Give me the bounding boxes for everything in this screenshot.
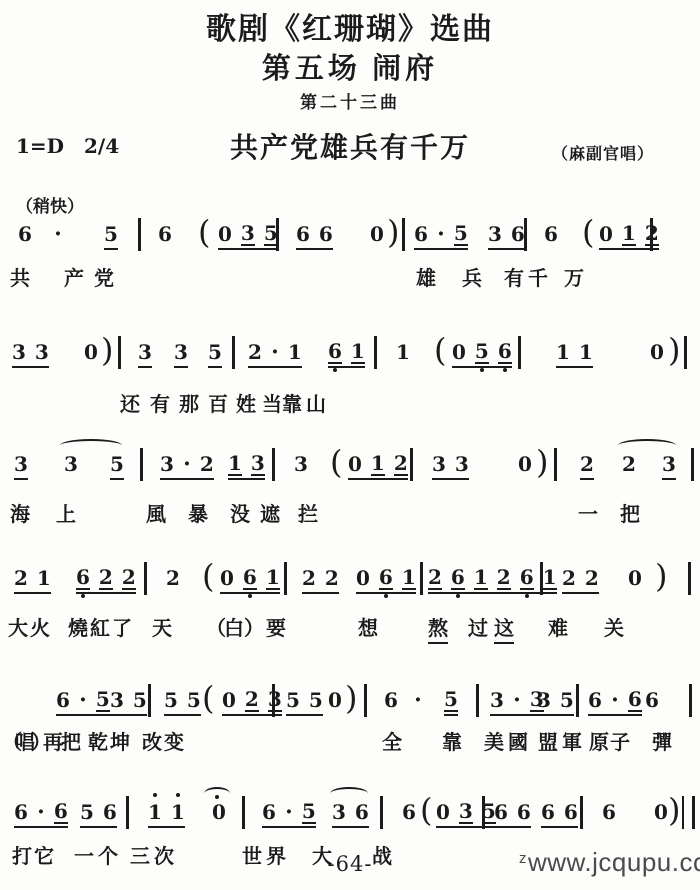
- note-digit: 6: [564, 800, 578, 824]
- note-digit: 5: [475, 340, 489, 364]
- note-digit: 5: [208, 340, 222, 364]
- note-digit: 5: [164, 688, 178, 712]
- note-digit: 6: [103, 800, 117, 824]
- barline: [374, 336, 377, 369]
- notation-cell: 5: [208, 340, 222, 368]
- lyric-char: 山: [306, 388, 326, 417]
- note-digit: 1: [396, 340, 410, 364]
- lyric-char: 原: [589, 726, 609, 755]
- notation-cell: 33: [12, 340, 49, 368]
- notation-cell: 6: [645, 688, 659, 714]
- notation-cell: 1: [396, 340, 410, 366]
- note-digit: 3: [14, 452, 28, 476]
- note-digit: 3: [64, 452, 78, 476]
- note-digit: 0: [599, 222, 613, 246]
- notation-cell: 0: [518, 452, 532, 478]
- dot-note: ·: [79, 688, 87, 712]
- notation-cell: 6: [544, 222, 558, 248]
- lyric-char: 美: [484, 726, 504, 755]
- lyric-char: 國: [508, 726, 528, 755]
- notation-cell: 22: [562, 566, 599, 594]
- lyric-char: 当: [262, 388, 282, 417]
- notation-cell: 55: [286, 688, 323, 716]
- note-digit: 6: [498, 340, 512, 364]
- notation-cell: 22: [302, 566, 339, 594]
- note-digit: 1: [579, 340, 593, 364]
- notation-cell: 33: [432, 452, 469, 480]
- lyric-char: 产: [64, 262, 84, 291]
- notation-cell: 6·6: [14, 800, 68, 828]
- notation-cell: 6·5: [56, 688, 110, 716]
- notation-cell: 5: [444, 688, 458, 716]
- slur-arc: [330, 787, 368, 800]
- notation-cell: 35: [110, 688, 147, 716]
- note-digit: 6: [402, 800, 416, 824]
- note-digit: 5: [454, 222, 468, 246]
- note-digit: 6: [414, 222, 428, 246]
- notation-cell: 66: [541, 800, 578, 828]
- notation-cell: 056: [452, 340, 512, 368]
- note-digit: 1: [402, 566, 416, 590]
- lyric-char: 風: [146, 498, 166, 527]
- note-digit: 5: [309, 688, 323, 712]
- note-digit: 5: [286, 688, 300, 712]
- barline: [402, 218, 405, 251]
- lyric-char: 改: [142, 726, 162, 755]
- lyric-char: 变: [164, 726, 184, 755]
- lyric-char: 紅: [90, 612, 110, 641]
- note-digit: 0: [328, 688, 342, 712]
- lyric-char: 燒: [68, 612, 88, 641]
- fermata-dot: [215, 795, 219, 799]
- barline: [126, 796, 129, 829]
- note-digit: 0: [348, 452, 362, 476]
- lyric-char: 上: [56, 498, 76, 527]
- note-digit: 1: [37, 566, 51, 590]
- lyric-char: 百: [208, 388, 228, 417]
- lyric-char: 盟: [538, 726, 558, 755]
- note-digit: 3: [455, 452, 469, 476]
- note-digit: 1: [371, 452, 385, 476]
- note-digit: 2: [585, 566, 599, 590]
- note-digit: 2: [622, 452, 636, 476]
- note-digit: 0: [84, 340, 98, 364]
- lyric-char: 有: [504, 262, 524, 291]
- note-digit: 3: [294, 452, 308, 476]
- note-digit: 3: [12, 340, 26, 364]
- barline: [276, 218, 279, 251]
- lyric-char: 靠: [442, 726, 462, 755]
- note-digit: 0: [220, 566, 234, 590]
- notation-cell: 3: [14, 452, 28, 480]
- note-digit: 2: [166, 566, 180, 590]
- parenthesis: (: [202, 558, 214, 594]
- note-digit: 0: [654, 800, 668, 824]
- note-digit: 3: [251, 452, 265, 476]
- barline: [420, 562, 423, 595]
- notation-cell: 2·1: [248, 340, 302, 368]
- barline: [580, 796, 583, 829]
- barline: [688, 562, 691, 595]
- notation-cell: 061: [356, 566, 416, 594]
- lyric-char: 那: [179, 388, 199, 417]
- parenthesis: ): [668, 332, 680, 368]
- lyric-char: 共: [10, 262, 30, 291]
- note-digit: 6: [517, 800, 531, 824]
- lyric-char: 白: [224, 612, 244, 641]
- barline: [364, 684, 367, 717]
- notation-cell: 0: [654, 800, 668, 826]
- notation-cell: 3·3: [490, 688, 544, 716]
- barline: [380, 796, 383, 829]
- note-digit: 6: [511, 222, 525, 246]
- note-digit: 6: [158, 222, 172, 246]
- note-digit: 6: [588, 688, 602, 712]
- note-digit: 2: [122, 566, 136, 590]
- notation-cell: 6: [402, 800, 416, 826]
- note-digit: 0: [436, 800, 450, 824]
- lyric-char: 想: [358, 612, 378, 641]
- lyric-char: 子: [610, 726, 630, 755]
- note-digit: 1: [171, 800, 185, 824]
- lyric-char: 火: [30, 612, 50, 641]
- lyric-char: 党: [94, 262, 114, 291]
- barline: [576, 684, 579, 717]
- note-digit: 2: [394, 452, 408, 476]
- note-digit: 2: [200, 452, 214, 476]
- lyric-char: 要: [266, 612, 286, 641]
- lyric-char: 没: [230, 498, 250, 527]
- note-digit: 3: [174, 340, 188, 364]
- lyric-char: 乾: [88, 726, 108, 755]
- note-digit: 3: [138, 340, 152, 364]
- note-digit: 6: [76, 566, 90, 590]
- note-digit: 0: [222, 688, 236, 712]
- lyric-char: 熬: [428, 612, 448, 644]
- barline: [410, 448, 413, 481]
- lyric-char: 难: [548, 612, 568, 641]
- barline: [689, 684, 692, 717]
- barline: [684, 336, 687, 369]
- note-digit: 2: [580, 452, 594, 476]
- note-digit: 6: [520, 566, 534, 590]
- note-digit: 3: [490, 688, 504, 712]
- note-digit: 5: [302, 800, 316, 824]
- notation-cell: 3: [174, 340, 188, 368]
- notation-cell: 0: [328, 688, 342, 714]
- note-digit: 3: [432, 452, 446, 476]
- barline: [148, 684, 151, 717]
- notation-cell: 35: [537, 688, 574, 716]
- lyric-char: 暴: [188, 498, 208, 527]
- note-digit: 1: [474, 566, 488, 590]
- notation-cell: 36: [332, 800, 369, 828]
- dot-note: ·: [271, 340, 279, 364]
- lyric-char: 还: [120, 388, 140, 417]
- barline: [144, 562, 147, 595]
- parenthesis: (: [198, 214, 210, 250]
- notation-cell: 6: [158, 222, 172, 248]
- note-digit: 5: [444, 688, 458, 712]
- notation-cell: 0: [650, 340, 664, 366]
- note-digit: 2: [562, 566, 576, 590]
- note-digit: 6: [56, 688, 70, 712]
- note-digit: 6: [54, 800, 68, 824]
- barline: [524, 218, 527, 251]
- lyric-char: 遮: [260, 498, 280, 527]
- barline: [272, 684, 275, 717]
- note-digit: 6: [18, 222, 32, 246]
- note-digit: 1: [148, 800, 162, 824]
- dot-note: ·: [37, 800, 45, 824]
- parenthesis: ): [668, 792, 680, 828]
- parenthesis: ): [387, 214, 399, 250]
- lyric-char: 兵: [462, 262, 482, 291]
- note-digit: 5: [187, 688, 201, 712]
- notation-cell: 261261: [428, 566, 557, 594]
- note-digit: 2: [302, 566, 316, 590]
- note-digit: 2: [428, 566, 442, 590]
- notation-cell: 2: [580, 452, 594, 480]
- barline: [140, 448, 143, 481]
- lyric-char: 姓: [236, 388, 256, 417]
- note-digit: 3: [488, 222, 502, 246]
- note-digit: 5: [104, 222, 118, 246]
- note-digit: 6: [541, 800, 555, 824]
- note-digit: 1: [622, 222, 636, 246]
- note-digit: 6: [328, 340, 342, 364]
- dot-note: ·: [285, 800, 293, 824]
- note-digit: 3: [110, 688, 124, 712]
- lyric-char: 拦: [298, 498, 318, 527]
- note-digit: 0: [218, 222, 232, 246]
- lyric-char: 有: [150, 388, 170, 417]
- notation-cell: 21: [14, 566, 51, 594]
- parenthesis: ): [536, 444, 548, 480]
- note-digit: 2: [248, 340, 262, 364]
- lyric-char: 这: [494, 612, 514, 644]
- final-barline: [682, 796, 695, 829]
- note-digit: 6: [243, 566, 257, 590]
- note-digit: 2: [497, 566, 511, 590]
- note-digit: 3: [35, 340, 49, 364]
- notation-cell: 36: [488, 222, 525, 250]
- parenthesis: (: [420, 792, 432, 828]
- notation-cell: 061: [220, 566, 280, 594]
- note-digit: 5: [80, 800, 94, 824]
- notation-cell: ·: [414, 688, 422, 714]
- tempo-marking: （稍快）: [16, 192, 84, 217]
- piece-number: 第二十三曲: [0, 88, 700, 113]
- parenthesis: (: [434, 332, 446, 368]
- notation-cell: 13: [228, 452, 265, 480]
- note-digit: 3: [332, 800, 346, 824]
- note-digit: 6: [645, 688, 659, 712]
- barline: [272, 448, 275, 481]
- note-digit: 0: [212, 800, 226, 824]
- note-digit: 3: [459, 800, 473, 824]
- lyric-char: 海: [10, 498, 30, 527]
- note-digit: 6: [544, 222, 558, 246]
- note-digit: 1: [351, 340, 365, 364]
- note-digit: 1: [288, 340, 302, 364]
- note-digit: 0: [356, 566, 370, 590]
- parenthesis: ): [345, 680, 357, 716]
- scene-title: 第五场 闹府: [0, 46, 700, 87]
- barline: [540, 562, 543, 595]
- lyric-char: ）: [244, 612, 264, 641]
- notation-cell: 3: [64, 452, 78, 478]
- notation-cell: 11: [556, 340, 593, 368]
- lyric-char: 軍: [562, 726, 582, 755]
- barline: [476, 684, 479, 717]
- notation-cell: 6: [18, 222, 32, 248]
- note-digit: 6: [602, 800, 616, 824]
- lyric-char: 一: [578, 498, 598, 527]
- notation-cell: 0: [212, 800, 226, 826]
- notation-cell: 3: [138, 340, 152, 368]
- note-digit: 1: [266, 566, 280, 590]
- barline: [482, 796, 485, 829]
- note-digit: 6: [379, 566, 393, 590]
- lyric-char: 坤: [110, 726, 130, 755]
- watermark-mark: z: [519, 850, 527, 867]
- notation-cell: 0: [370, 222, 384, 248]
- note-digit: 6: [384, 688, 398, 712]
- watermark: zwww.jcqupu.com: [519, 847, 700, 878]
- lyric-char: 了: [112, 612, 132, 641]
- notation-cell: 5: [110, 452, 124, 480]
- note-digit: 0: [370, 222, 384, 246]
- note-digit: 3: [241, 222, 255, 246]
- note-digit: 3: [537, 688, 551, 712]
- singer-credit: （麻副官唱）: [552, 141, 654, 164]
- note-digit: 2: [245, 688, 259, 712]
- parenthesis: (: [202, 680, 214, 716]
- notation-cell: 0: [628, 566, 642, 592]
- notation-cell: 5: [104, 222, 118, 250]
- note-digit: 6: [262, 800, 276, 824]
- note-digit: 0: [452, 340, 466, 364]
- dot-note: ·: [414, 688, 422, 712]
- lyric-char: 关: [604, 612, 624, 641]
- barline: [554, 448, 557, 481]
- notation-cell: 55: [164, 688, 201, 716]
- notation-cell: 6·5: [262, 800, 316, 828]
- dot-note: ·: [437, 222, 445, 246]
- dot-note: ·: [54, 222, 62, 246]
- note-digit: 6: [319, 222, 333, 246]
- parenthesis: ): [655, 558, 667, 594]
- lyric-char: 千: [528, 262, 548, 291]
- notation-cell: 3·2: [160, 452, 214, 480]
- barline: [518, 336, 521, 369]
- lyric-char: 彈: [652, 726, 672, 755]
- lyric-char: 天: [152, 612, 172, 641]
- barline: [232, 336, 235, 369]
- lyric-char: 再: [43, 726, 63, 755]
- notation-cell: 61: [328, 340, 365, 368]
- lyric-char: 过: [468, 612, 488, 641]
- note-digit: 5: [560, 688, 574, 712]
- notation-cell: 6: [384, 688, 398, 714]
- lyric-char: （: [206, 612, 226, 641]
- barline: [284, 562, 287, 595]
- notation-cell: ·: [54, 222, 62, 248]
- notation-cell: 2: [622, 452, 636, 478]
- note-digit: 6: [14, 800, 28, 824]
- dot-note: ·: [611, 688, 619, 712]
- note-digit: 6: [494, 800, 508, 824]
- note-digit: 2: [14, 566, 28, 590]
- note-digit: 3: [268, 688, 282, 712]
- slur-arc: [618, 439, 676, 452]
- dot-note: ·: [513, 688, 521, 712]
- notation-cell: 035: [436, 800, 496, 828]
- note-digit: 5: [110, 452, 124, 476]
- watermark-text: www.jcqupu.com: [528, 847, 700, 877]
- note-digit: 5: [133, 688, 147, 712]
- note-digit: 6: [296, 222, 310, 246]
- notation-cell: 66: [494, 800, 531, 828]
- lyric-char: 大: [8, 612, 28, 641]
- barline: [242, 796, 245, 829]
- note-digit: 6: [451, 566, 465, 590]
- notation-cell: 11: [148, 800, 185, 828]
- note-digit: 2: [325, 566, 339, 590]
- lyric-char: 雄: [416, 262, 436, 291]
- lyric-char: 把: [620, 498, 640, 527]
- notation-cell: 035: [218, 222, 278, 250]
- barline: [138, 218, 141, 251]
- note-digit: 1: [543, 566, 557, 590]
- notation-cell: 0: [84, 340, 98, 366]
- notation-cell: 6·5: [414, 222, 468, 250]
- notation-cell: 3: [662, 452, 676, 480]
- dot-note: ·: [183, 452, 191, 476]
- notation-cell: 3: [294, 452, 308, 478]
- parenthesis: ): [101, 332, 113, 368]
- notation-cell: 56: [80, 800, 117, 828]
- collection-title: 歌剧《红珊瑚》选曲: [0, 4, 700, 48]
- barline: [118, 336, 121, 369]
- note-digit: 1: [556, 340, 570, 364]
- lyric-char: 把: [61, 726, 81, 755]
- lyric-char: 靠: [282, 388, 302, 417]
- lyric-char: 全: [382, 726, 402, 755]
- note-digit: 0: [628, 566, 642, 590]
- note-digit: 3: [160, 452, 174, 476]
- note-digit: 2: [99, 566, 113, 590]
- note-digit: 3: [662, 452, 676, 476]
- notation-cell: 6·6: [588, 688, 642, 716]
- note-digit: 0: [650, 340, 664, 364]
- notation-cell: 2: [166, 566, 180, 592]
- sheet-music-page: 歌剧《红珊瑚》选曲 第五场 闹府 第二十三曲 1=D 2/4 共产党雄兵有千万 …: [0, 0, 700, 890]
- notation-cell: 6: [602, 800, 616, 826]
- note-digit: 0: [518, 452, 532, 476]
- parenthesis: (: [330, 444, 342, 480]
- notation-cell: 012: [348, 452, 408, 480]
- barline: [650, 218, 653, 251]
- notation-cell: 622: [76, 566, 136, 594]
- slur-arc: [60, 439, 122, 452]
- note-digit: 6: [355, 800, 369, 824]
- note-digit: 1: [228, 452, 242, 476]
- parenthesis: (: [582, 214, 594, 250]
- note-digit: 6: [628, 688, 642, 712]
- note-digit: 5: [96, 688, 110, 712]
